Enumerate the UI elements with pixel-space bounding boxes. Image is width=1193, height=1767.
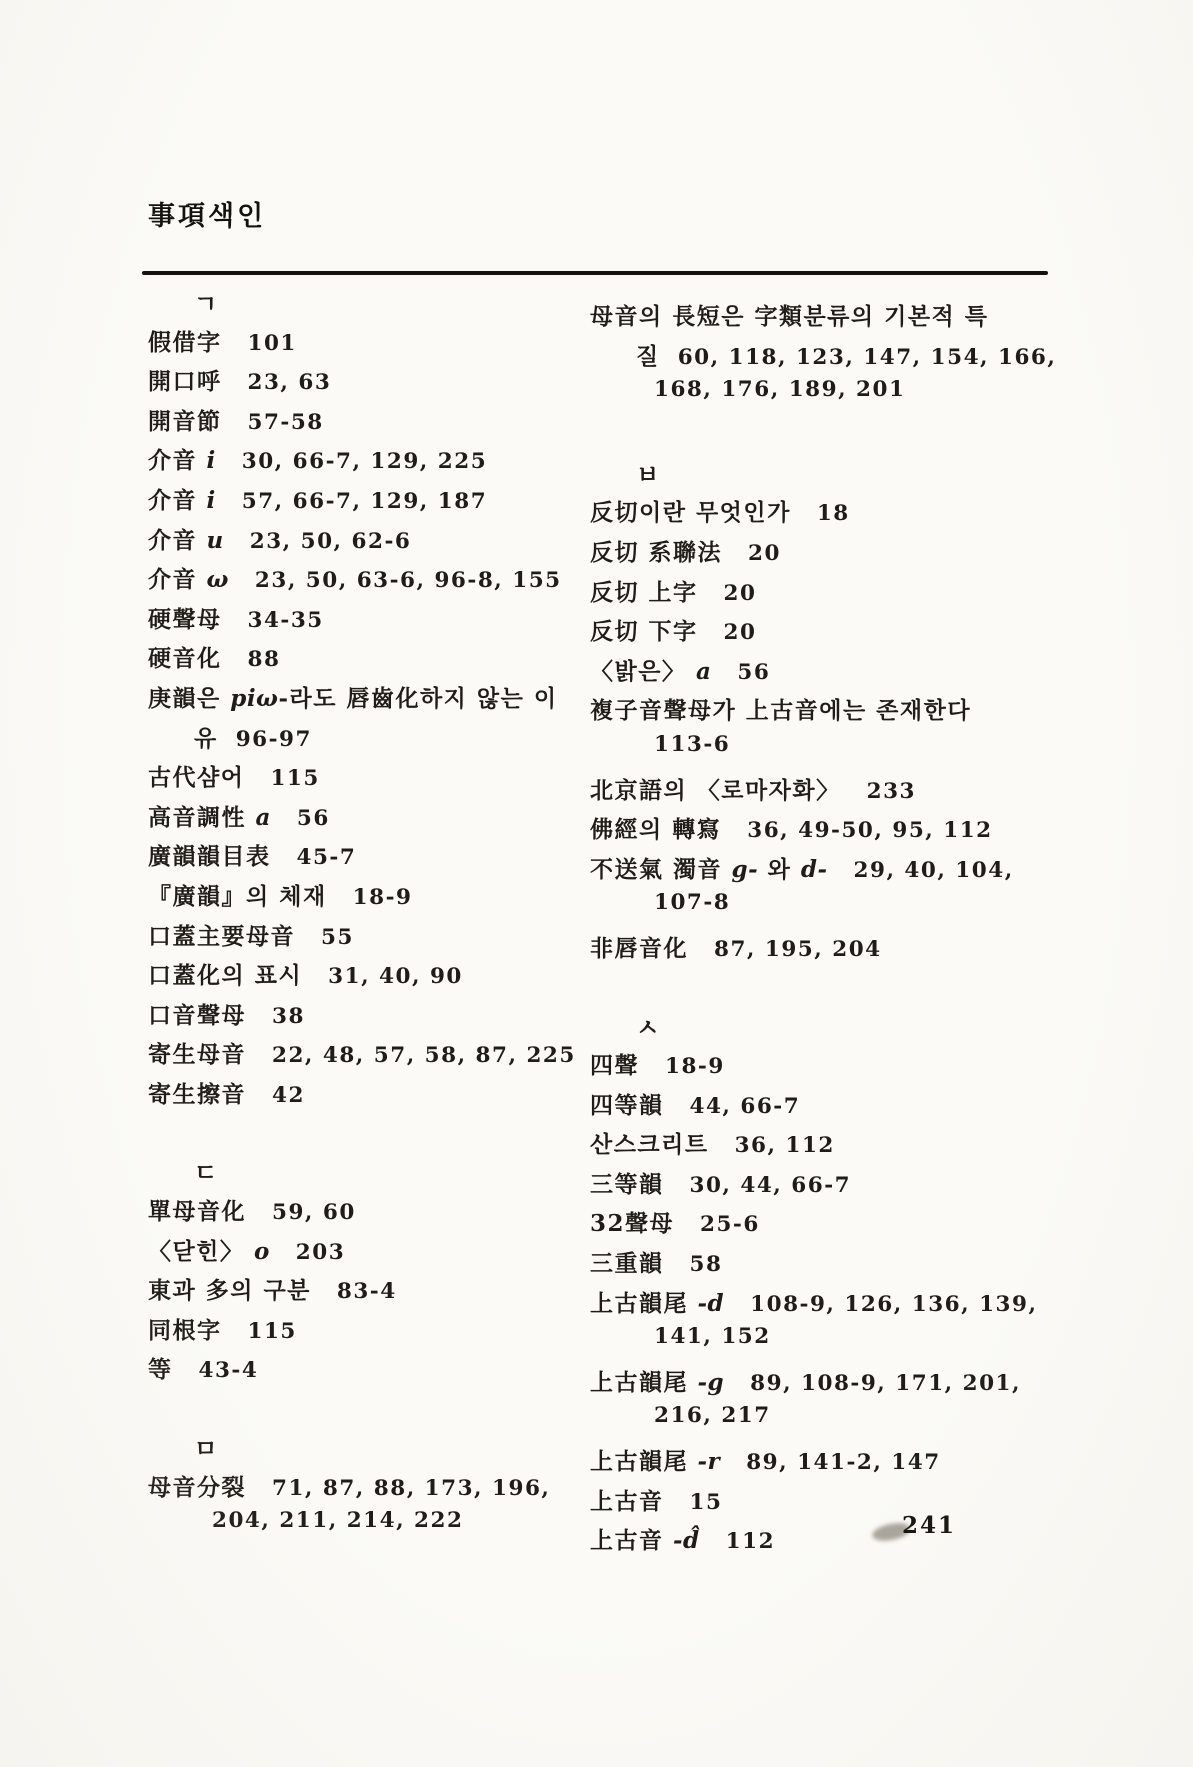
index-entry: 上古韻尾 -r89, 141-2, 147 — [590, 1443, 1070, 1483]
index-entry: 上古韻尾 -d108-9, 126, 136, 139, — [590, 1285, 1070, 1325]
entry-pages: 71, 87, 88, 173, 196, — [272, 1476, 550, 1501]
entry-pages: 89, 141-2, 147 — [746, 1450, 941, 1475]
entry-term: 同根字 — [148, 1312, 222, 1345]
entry-term: ㅅ — [636, 1008, 661, 1043]
index-right-column: 母音의 長短은 字類분류의 기본적 특질60, 118, 123, 147, 1… — [590, 298, 1070, 1562]
entry-pages: 30, 66-7, 129, 225 — [242, 449, 487, 474]
entry-term: 上古韻尾 -r — [590, 1443, 720, 1476]
entry-term: 『廣韻』의 체재 — [148, 878, 327, 911]
entry-pages: 107-8 — [654, 890, 730, 915]
section-gap — [590, 417, 1070, 455]
entry-pages: 204, 211, 214, 222 — [212, 1508, 463, 1533]
index-left-column: ㄱ假借字101開口呼23, 63開音節57-58介音 i30, 66-7, 12… — [148, 284, 568, 1548]
entry-term: 介音 u — [148, 522, 224, 555]
entry-term: 介音 i — [148, 482, 216, 515]
entry-term: 四聲 — [590, 1047, 639, 1080]
entry-pages: 57-58 — [248, 410, 324, 435]
entry-term: 東과 多의 구분 — [148, 1272, 311, 1305]
entry-pages: 45-7 — [297, 845, 357, 870]
index-entry: 硬聲母34-35 — [148, 601, 568, 641]
entry-term: 介音 i — [148, 442, 216, 475]
entry-pages: 18-9 — [353, 885, 413, 910]
index-entry: 母音分裂71, 87, 88, 173, 196, — [148, 1469, 568, 1509]
entry-term: 不送氣 濁音 g- 와 d- — [590, 851, 828, 884]
entry-pages: 112 — [726, 1529, 775, 1554]
italic-phonetic-symbol: piω — [230, 685, 278, 712]
entry-pages: 30, 44, 66-7 — [690, 1173, 852, 1198]
index-entry: 寄生母音22, 48, 57, 58, 87, 225 — [148, 1036, 568, 1076]
index-section-header: ㅁ — [148, 1429, 568, 1469]
entry-term: 母音의 長短은 字類분류의 기본적 특 — [590, 298, 989, 331]
index-entry: 上古音15 — [590, 1483, 1070, 1523]
entry-pages: 20 — [724, 581, 757, 606]
index-entry: 介音 i30, 66-7, 129, 225 — [148, 442, 568, 482]
entry-pages: 29, 40, 104, — [854, 858, 1014, 883]
italic-phonetic-symbol: -d̂ — [673, 1527, 700, 1554]
entry-term: 單母音化 — [148, 1193, 246, 1226]
entry-term: 上古韻尾 -d — [590, 1285, 724, 1318]
entry-pages: 59, 60 — [272, 1200, 356, 1225]
index-section-header: ㄱ — [148, 284, 568, 324]
index-entry: 開音節57-58 — [148, 403, 568, 443]
index-entry-continuation: 168, 176, 189, 201 — [590, 377, 1070, 417]
index-entry: 32聲母25-6 — [590, 1205, 1070, 1245]
entry-term: 北京語의 〈로마자화〉 — [590, 772, 841, 805]
entry-pages: 56 — [737, 660, 770, 685]
italic-phonetic-symbol: ω — [207, 566, 229, 593]
entry-pages: 83-4 — [337, 1279, 397, 1304]
index-entry: 高音調性 a56 — [148, 799, 568, 839]
entry-term: 古代샴어 — [148, 759, 244, 792]
entry-term: 上古韻尾 -g — [590, 1364, 724, 1397]
index-entry: 〈밝은〉 a56 — [590, 653, 1070, 693]
index-entry: 上古韻尾 -g89, 108-9, 171, 201, — [590, 1364, 1070, 1404]
index-entry: 口蓋主要母音55 — [148, 918, 568, 958]
entry-term: 〈닫힌〉 o — [148, 1233, 270, 1266]
index-entry: 庚韻은 piω-라도 唇齒化하지 않는 이 — [148, 680, 568, 720]
entry-term: 反切 上字 — [590, 574, 698, 607]
entry-term: ㅁ — [194, 1429, 219, 1464]
entry-term: 산스크리트 — [590, 1126, 709, 1159]
index-entry: 北京語의 〈로마자화〉233 — [590, 772, 1070, 812]
italic-phonetic-symbol: -r — [698, 1448, 721, 1475]
entry-pages: 115 — [248, 1319, 297, 1344]
entry-term: 假借字 — [148, 324, 222, 357]
entry-term: 三等韻 — [590, 1166, 664, 1199]
index-entry: 同根字115 — [148, 1312, 568, 1352]
italic-phonetic-symbol: -d — [698, 1290, 725, 1317]
entry-term: 口蓋主要母音 — [148, 918, 295, 951]
entry-pages: 87, 195, 204 — [714, 937, 882, 962]
entry-pages: 36, 49-50, 95, 112 — [747, 818, 992, 843]
entry-pages: 38 — [272, 1004, 305, 1029]
index-entry-continuation: 204, 211, 214, 222 — [148, 1508, 568, 1548]
page-title: 事項색인 — [148, 194, 266, 233]
index-entry: 複子音聲母가 上古音에는 존재한다 — [590, 692, 1070, 732]
index-entry: 四聲18-9 — [590, 1047, 1070, 1087]
entry-pages: 20 — [748, 541, 781, 566]
italic-phonetic-symbol: i — [207, 447, 216, 474]
section-gap — [148, 1115, 568, 1153]
index-entry: 廣韻韻目表45-7 — [148, 838, 568, 878]
entry-pages: 56 — [297, 806, 330, 831]
entry-term: 開口呼 — [148, 363, 222, 396]
entry-term: 上古音 -d̂ — [590, 1522, 700, 1555]
entry-term: 反切 下字 — [590, 613, 698, 646]
italic-phonetic-symbol: g- — [732, 856, 759, 883]
page-number: 241 — [902, 1512, 956, 1539]
entry-term: 開音節 — [148, 403, 222, 436]
entry-pages: 168, 176, 189, 201 — [654, 377, 905, 402]
entry-pages: 57, 66-7, 129, 187 — [242, 489, 487, 514]
index-entry: 非唇音化87, 195, 204 — [590, 930, 1070, 970]
entry-term: 高音調性 a — [148, 799, 271, 832]
italic-phonetic-symbol: -g — [698, 1369, 725, 1396]
entry-term: 硬音化 — [148, 640, 222, 673]
entry-term: 非唇音化 — [590, 930, 688, 963]
index-entry: 反切이란 무엇인가18 — [590, 494, 1070, 534]
entry-pages: 58 — [690, 1252, 723, 1277]
entry-pages: 34-35 — [248, 608, 324, 633]
entry-pages: 60, 118, 123, 147, 154, 166, — [678, 345, 1057, 370]
index-entry-continuation: 유96-97 — [148, 720, 568, 760]
entry-term: 母音分裂 — [148, 1469, 246, 1502]
index-entry: 反切 系聯法20 — [590, 534, 1070, 574]
index-entry: 單母音化59, 60 — [148, 1193, 568, 1233]
entry-pages: 233 — [867, 779, 916, 804]
entry-term: 寄生擦音 — [148, 1076, 246, 1109]
index-entry: 母音의 長短은 字類분류의 기본적 특 — [590, 298, 1070, 338]
entry-term: 四等韻 — [590, 1087, 664, 1120]
entry-term: ㄷ — [194, 1153, 219, 1188]
entry-pages: 96-97 — [236, 727, 312, 752]
italic-phonetic-symbol: u — [207, 527, 224, 554]
entry-pages: 23, 63 — [248, 370, 332, 395]
entry-term: 等 — [148, 1351, 173, 1384]
italic-phonetic-symbol: d- — [801, 856, 828, 883]
entry-term: 유 — [194, 720, 218, 753]
entry-term: ㄱ — [194, 284, 219, 319]
entry-pages: 203 — [296, 1240, 345, 1265]
entry-pages: 15 — [690, 1490, 723, 1515]
italic-phonetic-symbol: i — [207, 487, 216, 514]
entry-term: 寄生母音 — [148, 1036, 246, 1069]
index-entry-continuation: 141, 152 — [590, 1324, 1070, 1364]
entry-term: 廣韻韻目表 — [148, 838, 271, 871]
index-entry: 假借字101 — [148, 324, 568, 364]
index-entry: 古代샴어115 — [148, 759, 568, 799]
entry-term: 〈밝은〉 a — [590, 653, 711, 686]
italic-phonetic-symbol: o — [254, 1238, 270, 1265]
italic-phonetic-symbol: a — [256, 804, 271, 831]
entry-term: 介音 ω — [148, 561, 229, 594]
index-entry: 硬音化88 — [148, 640, 568, 680]
index-section-header: ㅂ — [590, 455, 1070, 495]
entry-pages: 55 — [321, 925, 354, 950]
index-entry: 等43-4 — [148, 1351, 568, 1391]
index-entry: 反切 上字20 — [590, 574, 1070, 614]
entry-pages: 23, 50, 63-6, 96-8, 155 — [255, 568, 562, 593]
index-entry: 介音 u23, 50, 62-6 — [148, 522, 568, 562]
entry-pages: 44, 66-7 — [690, 1094, 801, 1119]
section-gap — [148, 1391, 568, 1429]
entry-pages: 25-6 — [700, 1212, 760, 1237]
index-section-header: ㄷ — [148, 1153, 568, 1193]
index-entry: 三重韻58 — [590, 1245, 1070, 1285]
index-entry: 反切 下字20 — [590, 613, 1070, 653]
index-section-header: ㅅ — [590, 1008, 1070, 1048]
index-entry-continuation: 107-8 — [590, 890, 1070, 930]
entry-pages: 141, 152 — [654, 1324, 771, 1349]
entry-pages: 31, 40, 90 — [328, 964, 463, 989]
entry-pages: 43-4 — [199, 1358, 259, 1383]
section-gap — [590, 970, 1070, 1008]
index-entry: 介音 ω23, 50, 63-6, 96-8, 155 — [148, 561, 568, 601]
entry-pages: 42 — [272, 1083, 305, 1108]
entry-pages: 101 — [248, 331, 297, 356]
entry-pages: 20 — [724, 620, 757, 645]
index-entry: 開口呼23, 63 — [148, 363, 568, 403]
entry-term: 32聲母 — [590, 1205, 674, 1238]
index-entry: 口音聲母38 — [148, 997, 568, 1037]
index-entry: 上古音 -d̂112 — [590, 1522, 1070, 1562]
index-entry: 東과 多의 구분83-4 — [148, 1272, 568, 1312]
index-entry: 『廣韻』의 체재18-9 — [148, 878, 568, 918]
entry-pages: 89, 108-9, 171, 201, — [750, 1371, 1021, 1396]
entry-term: 口音聲母 — [148, 997, 246, 1030]
entry-term: 反切이란 무엇인가 — [590, 494, 791, 527]
entry-term: 反切 系聯法 — [590, 534, 722, 567]
entry-term: 佛經의 轉寫 — [590, 811, 721, 844]
index-entry-continuation: 113-6 — [590, 732, 1070, 772]
index-entry: 三等韻30, 44, 66-7 — [590, 1166, 1070, 1206]
index-entry: 四等韻44, 66-7 — [590, 1087, 1070, 1127]
entry-pages: 113-6 — [654, 732, 730, 757]
index-entry: 不送氣 濁音 g- 와 d-29, 40, 104, — [590, 851, 1070, 891]
entry-term: 庚韻은 piω-라도 唇齒化하지 않는 이 — [148, 680, 558, 713]
italic-phonetic-symbol: a — [696, 658, 711, 685]
index-entry-continuation: 216, 217 — [590, 1403, 1070, 1443]
index-entry: 介音 i57, 66-7, 129, 187 — [148, 482, 568, 522]
entry-term: 三重韻 — [590, 1245, 664, 1278]
entry-pages: 22, 48, 57, 58, 87, 225 — [272, 1043, 576, 1068]
entry-term: 口蓋化의 표시 — [148, 957, 302, 990]
entry-pages: 216, 217 — [654, 1403, 771, 1428]
entry-pages: 115 — [270, 766, 319, 791]
entry-pages: 18 — [817, 501, 850, 526]
entry-term: 질 — [636, 338, 660, 371]
entry-pages: 18-9 — [665, 1054, 725, 1079]
entry-pages: 23, 50, 62-6 — [250, 529, 412, 554]
entry-pages: 108-9, 126, 136, 139, — [750, 1292, 1037, 1317]
entry-term: 上古音 — [590, 1483, 664, 1516]
entry-term: 硬聲母 — [148, 601, 222, 634]
index-entry: 寄生擦音42 — [148, 1076, 568, 1116]
index-entry-continuation: 질60, 118, 123, 147, 154, 166, — [590, 338, 1070, 378]
entry-pages: 88 — [248, 647, 281, 672]
entry-term: 複子音聲母가 上古音에는 존재한다 — [590, 692, 971, 725]
title-underline-rule — [142, 271, 1048, 275]
index-entry: 〈닫힌〉 o203 — [148, 1233, 568, 1273]
index-entry: 산스크리트36, 112 — [590, 1126, 1070, 1166]
entry-term: ㅂ — [636, 455, 661, 490]
entry-pages: 36, 112 — [735, 1133, 835, 1158]
index-entry: 口蓋化의 표시31, 40, 90 — [148, 957, 568, 997]
index-entry: 佛經의 轉寫36, 49-50, 95, 112 — [590, 811, 1070, 851]
